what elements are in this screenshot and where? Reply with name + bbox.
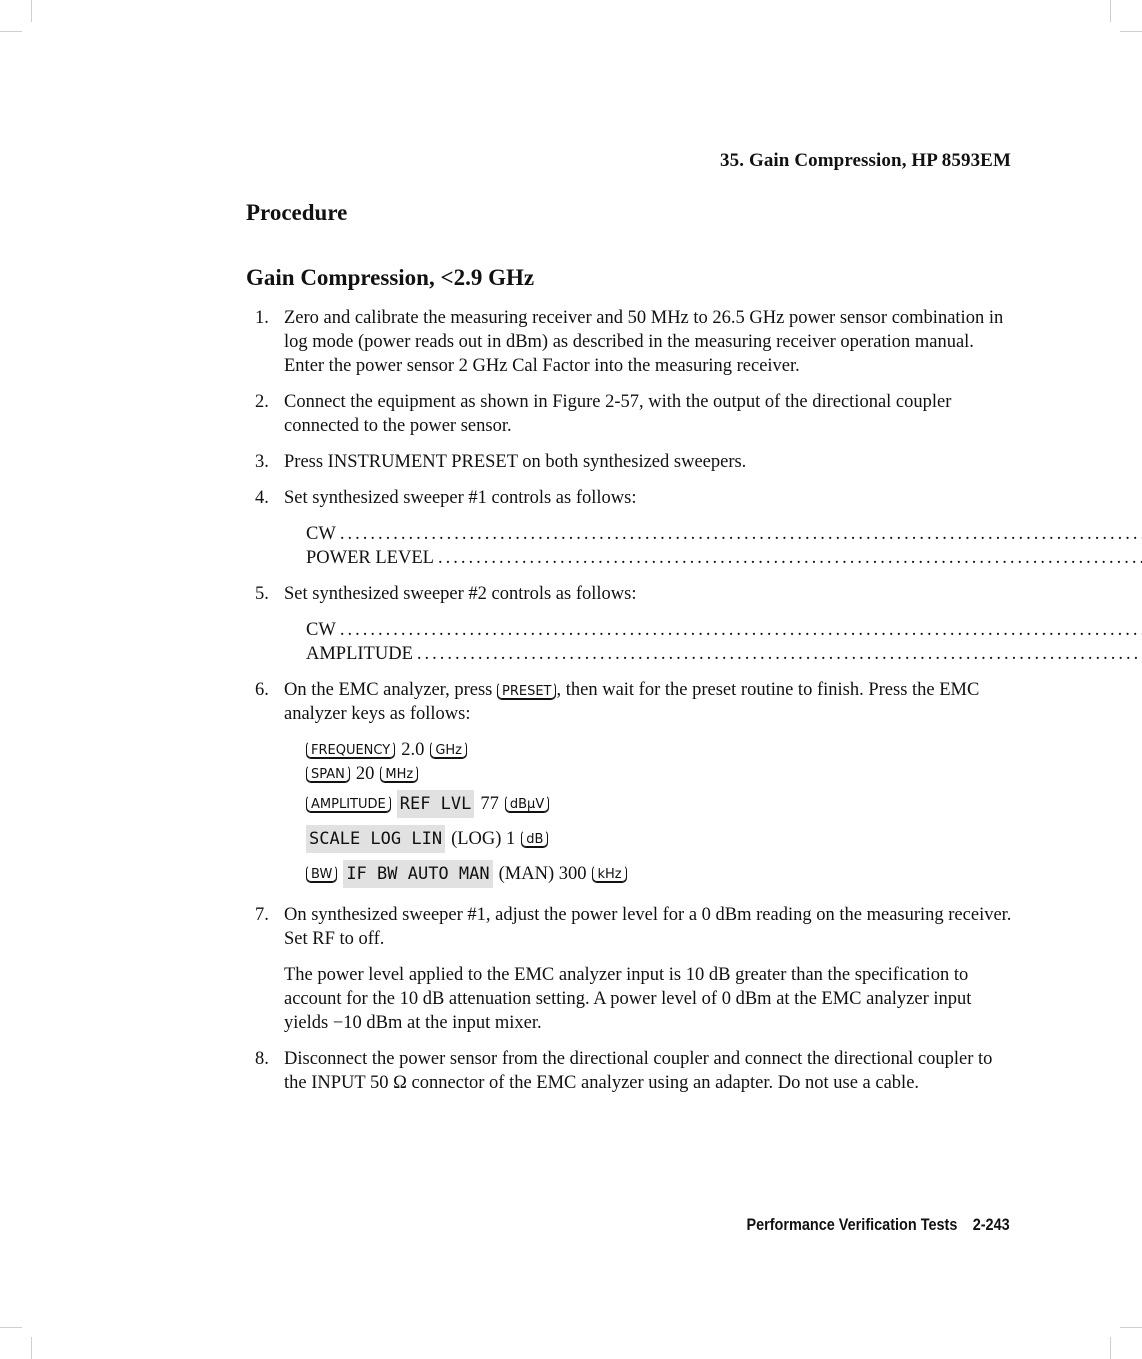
- amplitude-hardkey: AMPLITUDE: [306, 795, 391, 813]
- scale-log-lin-softkey: SCALE LOG LIN: [306, 825, 445, 853]
- db-hardkey: dB: [521, 830, 548, 848]
- entry-value: 77: [480, 792, 499, 816]
- step-text: On the EMC analyzer, press PRESET, then …: [284, 678, 1015, 726]
- setting-row: CW2.0 GHz: [306, 618, 1142, 642]
- step-1: 1. Zero and calibrate the measuring rece…: [255, 306, 1015, 378]
- settings-list: CW2.003 GHz POWER LEVEL0 dBm: [306, 522, 1142, 570]
- setting-row: POWER LEVEL0 dBm: [306, 546, 1142, 570]
- frequency-hardkey: FREQUENCY: [306, 741, 395, 759]
- step-7: 7. On synthesized sweeper #1, adjust the…: [255, 903, 1015, 1035]
- key-line: FREQUENCY2.0GHz: [306, 738, 1015, 762]
- setting-label: AMPLITUDE: [306, 642, 413, 666]
- leader-dots: [340, 522, 1142, 546]
- entry-value: (LOG) 1: [451, 827, 515, 851]
- step-text: Set synthesized sweeper #1 controls as f…: [284, 486, 1142, 510]
- leader-dots: [340, 618, 1142, 642]
- crop-mark: [1120, 1327, 1142, 1328]
- ref-lvl-softkey: REF LVL: [397, 790, 475, 818]
- crop-mark: [0, 31, 22, 32]
- preset-hardkey: PRESET: [497, 682, 557, 700]
- key-line: SCALE LOG LIN(LOG) 1dB: [306, 821, 1015, 856]
- step-8: 8. Disconnect the power sensor from the …: [255, 1047, 1015, 1095]
- step-number: 6.: [255, 678, 284, 891]
- section-title: Procedure: [246, 200, 347, 226]
- key-line: AMPLITUDEREF LVL77dBμV: [306, 786, 1015, 821]
- crop-mark: [31, 1337, 32, 1359]
- step-text: Zero and calibrate the measuring receive…: [284, 306, 1015, 378]
- step-number: 7.: [255, 903, 284, 1035]
- step-text: Disconnect the power sensor from the dir…: [284, 1047, 1015, 1095]
- leader-dots: [438, 546, 1142, 570]
- khz-hardkey: kHz: [592, 865, 626, 883]
- setting-row: AMPLITUDE−14 dBm: [306, 642, 1142, 666]
- crop-mark: [0, 1327, 22, 1328]
- crop-mark: [31, 0, 32, 22]
- entry-value: 2.0: [401, 738, 424, 762]
- crop-mark: [1110, 0, 1111, 22]
- step-note: The power level applied to the EMC analy…: [284, 963, 1015, 1035]
- step-text: Connect the equipment as shown in Figure…: [284, 390, 1015, 438]
- if-bw-auto-man-softkey: IF BW AUTO MAN: [343, 860, 492, 888]
- page-number: 2-243: [973, 1215, 1010, 1234]
- leader-dots: [417, 642, 1142, 666]
- entry-value: 20: [356, 762, 375, 786]
- step-number: 3.: [255, 450, 284, 474]
- step-number: 1.: [255, 306, 284, 378]
- setting-label: CW: [306, 618, 336, 642]
- step-number: 5.: [255, 582, 284, 666]
- key-sequence: FREQUENCY2.0GHz SPAN20MHz AMPLITUDEREF L…: [306, 738, 1015, 891]
- step-text: Set synthesized sweeper #2 controls as f…: [284, 582, 1142, 606]
- mhz-hardkey: MHz: [380, 765, 418, 783]
- setting-label: CW: [306, 522, 336, 546]
- crop-mark: [1110, 1337, 1111, 1359]
- dbuv-hardkey: dBμV: [505, 795, 549, 813]
- step-text-before: On the EMC analyzer, press: [284, 680, 492, 700]
- settings-list: CW2.0 GHz AMPLITUDE−14 dBm: [306, 618, 1142, 666]
- step-text: Press INSTRUMENT PRESET on both synthesi…: [284, 450, 1015, 474]
- step-4: 4. Set synthesized sweeper #1 controls a…: [255, 486, 1015, 570]
- step-number: 2.: [255, 390, 284, 438]
- page-footer: Performance Verification Tests2-243: [747, 1215, 1010, 1235]
- setting-row: CW2.003 GHz: [306, 522, 1142, 546]
- step-text: On synthesized sweeper #1, adjust the po…: [284, 903, 1015, 951]
- subsection-title: Gain Compression, <2.9 GHz: [246, 265, 534, 291]
- bw-hardkey: BW: [306, 865, 337, 883]
- step-5: 5. Set synthesized sweeper #2 controls a…: [255, 582, 1015, 666]
- crop-mark: [1120, 31, 1142, 32]
- key-line: SPAN20MHz: [306, 762, 1015, 786]
- ghz-hardkey: GHz: [430, 741, 467, 759]
- step-number: 8.: [255, 1047, 284, 1095]
- key-line: BWIF BW AUTO MAN(MAN) 300kHz: [306, 856, 1015, 891]
- setting-label: POWER LEVEL: [306, 546, 434, 570]
- step-2: 2. Connect the equipment as shown in Fig…: [255, 390, 1015, 438]
- procedure-steps: 1. Zero and calibrate the measuring rece…: [255, 306, 1015, 1107]
- footer-title: Performance Verification Tests: [747, 1215, 958, 1234]
- step-number: 4.: [255, 486, 284, 570]
- step-3: 3. Press INSTRUMENT PRESET on both synth…: [255, 450, 1015, 474]
- step-6: 6. On the EMC analyzer, press PRESET, th…: [255, 678, 1015, 891]
- running-head: 35. Gain Compression, HP 8593EM: [720, 150, 1011, 172]
- entry-value: (MAN) 300: [499, 862, 587, 886]
- span-hardkey: SPAN: [306, 765, 350, 783]
